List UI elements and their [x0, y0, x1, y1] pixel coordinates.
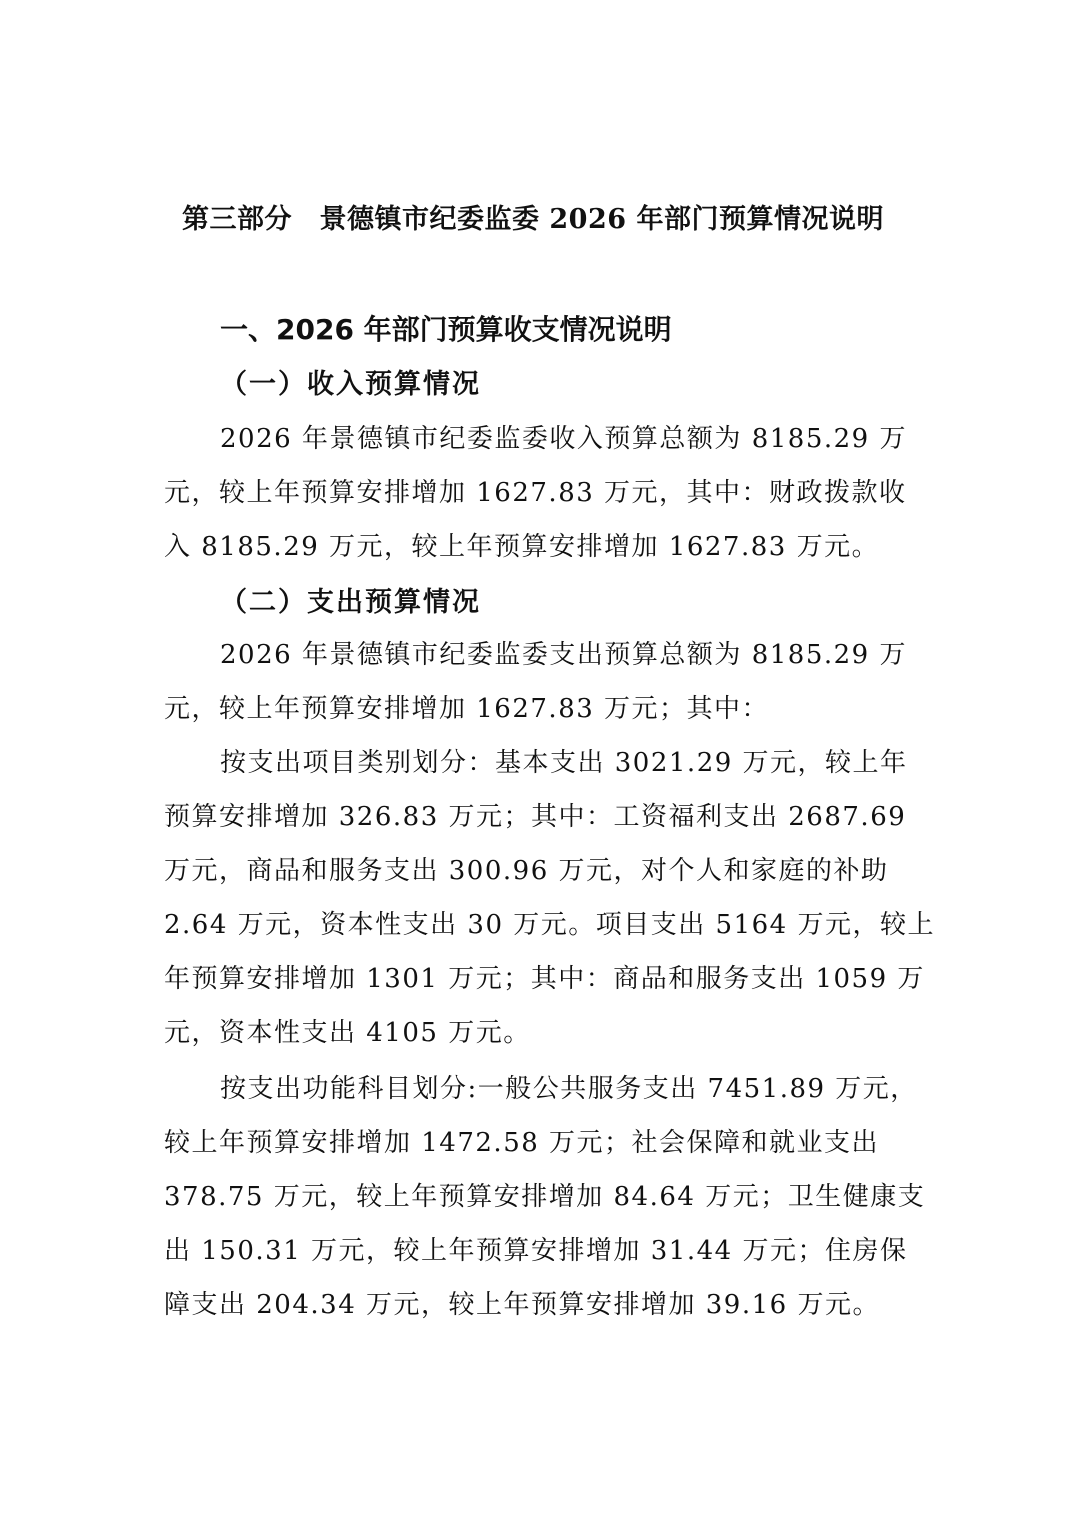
expenditure-by-category-line: 万元，商品和服务支出 300.96 万元，对个人和家庭的补助 [164, 850, 889, 887]
expenditure-total-line: 元，较上年预算安排增加 1627.83 万元；其中： [164, 688, 769, 725]
document-page: 第三部分 景德镇市纪委监委 2026 年部门预算情况说明 一、2026 年部门预… [0, 0, 1074, 1520]
page-title: 第三部分 景德镇市纪委监委 2026 年部门预算情况说明 [182, 197, 884, 236]
income-paragraph-line: 2026 年景德镇市纪委监委收入预算总额为 8185.29 万 [220, 418, 907, 455]
expenditure-by-category-line: 年预算安排增加 1301 万元；其中：商品和服务支出 1059 万 [164, 958, 925, 995]
subsection-heading-income: （一）收入预算情况 [220, 362, 481, 401]
expenditure-by-function-line: 较上年预算安排增加 1472.58 万元；社会保障和就业支出 [164, 1122, 879, 1159]
expenditure-by-category-line: 元，资本性支出 4105 万元。 [164, 1012, 531, 1049]
expenditure-by-category-line: 预算安排增加 326.83 万元；其中：工资福利支出 2687.69 [164, 796, 906, 833]
expenditure-by-function-line: 出 150.31 万元，较上年预算安排增加 31.44 万元；住房保 [164, 1230, 907, 1267]
expenditure-by-category-line: 2.64 万元，资本性支出 30 万元。项目支出 5164 万元，较上 [164, 904, 935, 941]
income-paragraph-line: 入 8185.29 万元，较上年预算安排增加 1627.83 万元。 [164, 526, 879, 563]
expenditure-by-category-line: 按支出项目类别划分：基本支出 3021.29 万元，较上年 [220, 742, 908, 779]
subsection-heading-expenditure: （二）支出预算情况 [220, 580, 481, 619]
expenditure-by-function-line: 按支出功能科目划分:一般公共服务支出 7451.89 万元， [220, 1068, 918, 1105]
income-paragraph-line: 元，较上年预算安排增加 1627.83 万元，其中：财政拨款收 [164, 472, 907, 509]
expenditure-total-line: 2026 年景德镇市纪委监委支出预算总额为 8185.29 万 [220, 634, 907, 671]
expenditure-by-function-line: 障支出 204.34 万元，较上年预算安排增加 39.16 万元。 [164, 1284, 880, 1321]
expenditure-by-function-line: 378.75 万元，较上年预算安排增加 84.64 万元；卫生健康支 [164, 1176, 925, 1213]
section-heading-budget-overview: 一、2026 年部门预算收支情况说明 [220, 308, 672, 348]
